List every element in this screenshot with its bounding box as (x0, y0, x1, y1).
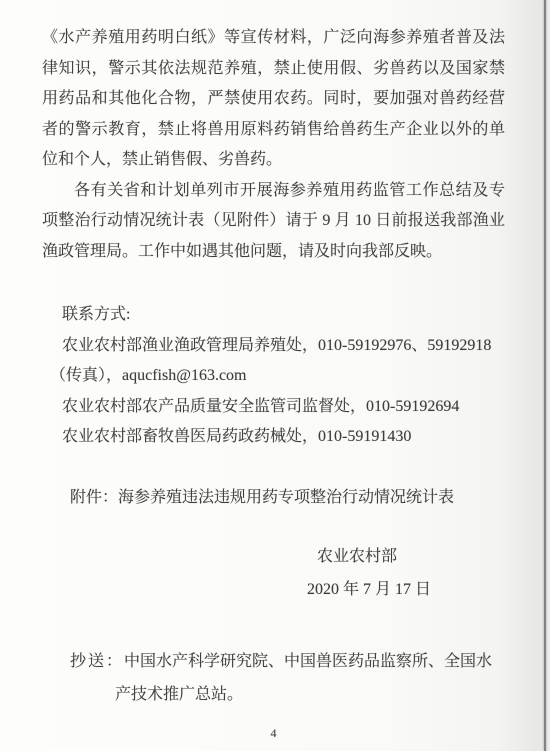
cc-block: 抄送：中国水产科学研究院、中国兽医药品监察所、全国水 产技术推广总站。 (42, 647, 505, 711)
body-paragraph-1: 《水产养殖用药明白纸》等宣传材料，广泛向海参养殖者普及法律知识，警示其依法规范养… (42, 23, 505, 176)
contact-lines: 农业农村部渔业渔政管理局养殖处，010-59192976、59192918（传真… (42, 331, 505, 453)
cc-label: 抄送： (70, 653, 124, 670)
page-number: 4 (42, 723, 505, 743)
body-text-line: 各有关省和计划单列市开展海参养殖用药监管工作总结及专 (42, 176, 505, 207)
contact-line: （传真），aqucfish@163.com (50, 361, 505, 392)
contact-heading: 联系方式: (62, 300, 505, 331)
body-text-line: 用药品和其他化合物，严禁使用农药。同时，要加强对兽药经营 (42, 84, 505, 115)
document-page: 《水产养殖用药明白纸》等宣传材料，广泛向海参养殖者普及法律知识，警示其依法规范养… (0, 0, 550, 751)
signature-organization: 农业农村部 (317, 542, 505, 573)
attachment-note: 附件：海参养殖违法违规用药专项整治行动情况统计表 (70, 483, 505, 514)
cc-recipients-line2: 产技术推广总站。 (115, 680, 505, 711)
body-text-line: 渔政管理局。工作中如遇其他问题，请及时向我部反映。 (42, 237, 505, 268)
contact-line: 农业农村部农产品质量安全监管司监督处，010-59192694 (62, 392, 505, 423)
attachment-text: 附件：海参养殖违法违规用药专项整治行动情况统计表 (70, 483, 505, 514)
cc-recipients-line1: 中国水产科学研究院、中国兽医药品监察所、全国水 (124, 653, 492, 670)
paper-edge-shadow (544, 0, 546, 751)
cc-row: 抄送：中国水产科学研究院、中国兽医药品监察所、全国水 (70, 647, 505, 678)
signature-date: 2020 年 7 月 17 日 (307, 575, 505, 606)
body-paragraph-2: 各有关省和计划单列市开展海参养殖用药监管工作总结及专项整治行动情况统计表（见附件… (42, 176, 505, 268)
contact-line: 农业农村部渔业渔政管理局养殖处，010-59192976、59192918 (62, 331, 505, 362)
contact-section: 联系方式: 农业农村部渔业渔政管理局养殖处，010-59192976、59192… (42, 300, 505, 453)
body-text-line: 《水产养殖用药明白纸》等宣传材料，广泛向海参养殖者普及法 (42, 23, 505, 54)
body-text-line: 者的警示教育，禁止将兽用原料药销售给兽药生产企业以外的单 (42, 115, 505, 146)
body-text-line: 位和个人，禁止销售假、劣兽药。 (42, 145, 505, 176)
signature-block: 农业农村部 2020 年 7 月 17 日 (42, 542, 505, 605)
body-text-line: 项整治行动情况统计表（见附件）请于 9 月 10 日前报送我部渔业 (42, 206, 505, 237)
contact-line: 农业农村部畜牧兽医局药政药械处，010-59191430 (62, 422, 505, 453)
body-text-line: 律知识，警示其依法规范养殖，禁止使用假、劣兽药以及国家禁 (42, 54, 505, 85)
